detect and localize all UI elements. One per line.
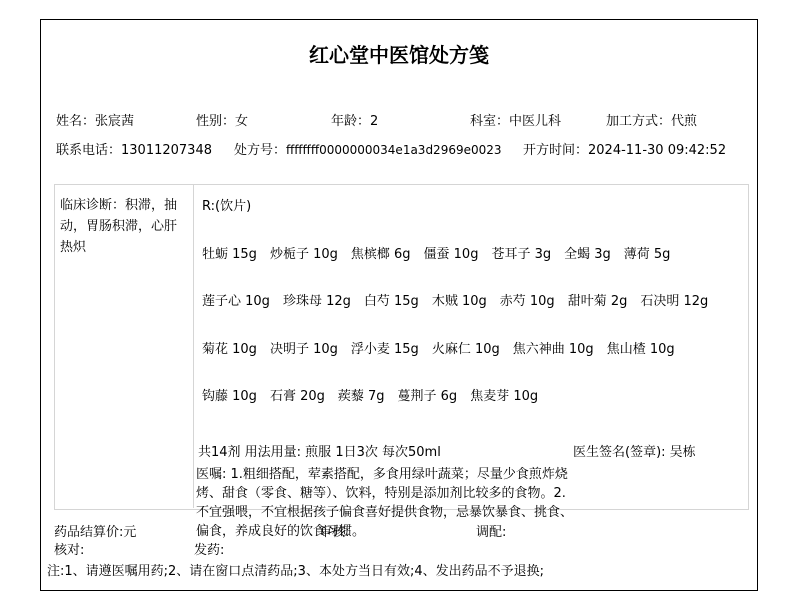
patient-phone-field: 联系电话：13011207348 — [56, 143, 212, 158]
issue-time-field: 开方时间：2024-11-30 09:42:52 — [523, 143, 726, 158]
doctor-signature-label: 医生签名(签章): — [573, 445, 670, 460]
advice-line: 烤、甜食（零食、糖等）、饮料，特别是添加剂比较多的食物。2. — [196, 486, 566, 501]
herb-row: 钩藤 10g石膏 20g蒺藜 7g蔓荆子 6g焦麦芽 10g — [202, 389, 551, 404]
patient-age-label: 年龄： — [331, 114, 370, 129]
herb-item: 焦山楂 10g — [607, 342, 675, 357]
herb-item: 木贼 10g — [432, 294, 487, 309]
advice-line: 不宜强喂，不宜根据孩子偏食喜好提供食物，忌暴饮暴食、挑食、 — [196, 505, 573, 520]
herb-item: 牡蛎 15g — [202, 247, 257, 262]
patient-gender-label: 性别： — [196, 114, 235, 129]
rx-number-value: ffffffff0000000034e1a3d2969e0023 — [286, 143, 502, 157]
herb-item: 火麻仁 10g — [432, 342, 500, 357]
rx-number-field: 处方号：ffffffff0000000034e1a3d2969e0023 — [234, 143, 502, 158]
herb-item: 炒栀子 10g — [270, 247, 338, 262]
diagnosis-label: 临床诊断： — [60, 198, 125, 213]
usage-summary: 共14剂 用法用量: 煎服 1日3次 每次50ml — [198, 445, 441, 460]
patient-name-value: 张宸茜 — [95, 114, 134, 129]
processing-method-field: 加工方式：代煎 — [606, 114, 697, 129]
herb-item: 赤芍 10g — [500, 294, 555, 309]
dispense-label: 调配: — [476, 525, 506, 540]
herb-item: 菊花 10g — [202, 342, 257, 357]
processing-method-value: 代煎 — [671, 114, 697, 129]
issue-time-label: 开方时间： — [523, 143, 588, 158]
herb-item: 焦六神曲 10g — [513, 342, 594, 357]
rx-header: R:(饮片) — [202, 199, 251, 214]
patient-phone-label: 联系电话： — [56, 143, 121, 158]
herb-item: 决明子 10g — [270, 342, 338, 357]
issue-time-value: 2024-11-30 09:42:52 — [588, 143, 726, 158]
issue-label: 发药: — [194, 543, 224, 558]
herb-item: 苍耳子 3g — [491, 247, 551, 262]
clinical-diagnosis: 临床诊断：积滞，抽动，胃肠积滞，心肝热炽 — [60, 195, 184, 258]
herb-item: 薄荷 5g — [624, 247, 671, 262]
processing-method-label: 加工方式： — [606, 114, 671, 129]
herb-item: 白芍 15g — [364, 294, 419, 309]
herb-item: 蔓荆子 6g — [398, 389, 458, 404]
herb-item: 莲子心 10g — [202, 294, 270, 309]
herb-row: 牡蛎 15g炒栀子 10g焦槟榔 6g僵蚕 10g苍耳子 3g全蝎 3g薄荷 5… — [202, 247, 683, 262]
herb-item: 甜叶菊 2g — [568, 294, 628, 309]
patient-gender-field: 性别：女 — [196, 114, 248, 129]
herb-item: 石膏 20g — [270, 389, 325, 404]
patient-department-label: 科室： — [470, 114, 509, 129]
herb-item: 珍珠母 12g — [283, 294, 351, 309]
herb-item: 浮小麦 15g — [351, 342, 419, 357]
herb-item: 焦麦芽 10g — [470, 389, 538, 404]
patient-department-field: 科室：中医儿科 — [470, 114, 561, 129]
patient-age-field: 年龄：2 — [331, 114, 378, 129]
herb-item: 焦槟榔 6g — [351, 247, 411, 262]
review-label: 审核: — [319, 525, 349, 540]
patient-department-value: 中医儿科 — [509, 114, 561, 129]
herb-item: 石决明 12g — [640, 294, 708, 309]
table-column-divider — [193, 185, 194, 508]
doctor-signature-name: 吴栋 — [670, 445, 696, 460]
herb-item: 全蝎 3g — [564, 247, 611, 262]
prescription-sheet: 红心堂中医馆处方笺 姓名：张宸茜 性别：女 年龄：2 科室：中医儿科 加工方式：… — [40, 19, 758, 591]
check-label: 核对: — [54, 543, 84, 558]
patient-phone-value: 13011207348 — [121, 143, 212, 158]
advice-line: 医嘱: 1.粗细搭配，荤素搭配，多食用绿叶蔬菜；尽量少食煎炸烧 — [196, 467, 568, 482]
herb-row: 菊花 10g决明子 10g浮小麦 15g火麻仁 10g焦六神曲 10g焦山楂 1… — [202, 342, 688, 357]
footer-note: 注:1、请遵医嘱用药;2、请在窗口点清药品;3、本处方当日有效;4、发出药品不予… — [47, 564, 544, 579]
patient-gender-value: 女 — [235, 114, 248, 129]
page-title: 红心堂中医馆处方笺 — [41, 42, 757, 68]
doctor-signature: 医生签名(签章): 吴栋 — [573, 445, 696, 460]
rx-number-label: 处方号： — [234, 143, 286, 158]
herb-item: 钩藤 10g — [202, 389, 257, 404]
settle-price-label: 药品结算价:元 — [54, 525, 136, 540]
herb-item: 蒺藜 7g — [338, 389, 385, 404]
patient-age-value: 2 — [370, 114, 378, 129]
herb-row: 莲子心 10g珍珠母 12g白芍 15g木贼 10g赤芍 10g甜叶菊 2g石决… — [202, 294, 721, 309]
patient-name-field: 姓名：张宸茜 — [56, 114, 134, 129]
patient-name-label: 姓名： — [56, 114, 95, 129]
herb-item: 僵蚕 10g — [424, 247, 479, 262]
